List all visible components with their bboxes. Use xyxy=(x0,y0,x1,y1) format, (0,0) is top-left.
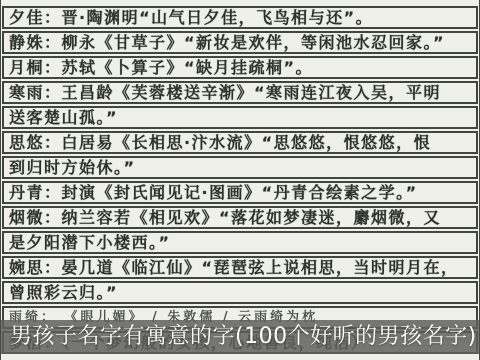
list-item: 曾照彩云归。” xyxy=(2,281,478,304)
list-item: 寒雨：王昌龄《芙蓉楼送辛渐》“寒雨连江夜入吴，平明 xyxy=(2,81,478,104)
list-item-text: 寒雨：王昌龄《芙蓉楼送辛渐》“寒雨连江夜入吴，平明 xyxy=(9,83,441,102)
list-item-text: 夕佳：晋·陶渊明“山气日夕佳，飞鸟相与还”。 xyxy=(9,8,373,27)
name-list: 夕佳：晋·陶渊明“山气日夕佳，飞鸟相与还”。 静姝：柳永《甘草子》“新妆是欢伴，… xyxy=(2,6,478,354)
list-item-text: 曾照彩云归。” xyxy=(9,283,118,302)
list-item: 婉思：晏几道《临江仙》“琵琶弦上说相思，当时明月在， xyxy=(2,256,478,279)
list-item-text: 到归时方始休。” xyxy=(9,158,136,177)
caption-bar: 男孩子名字有寓意的字(100个好听的男孩名字) xyxy=(0,320,480,354)
list-item: 丹青：封演《封氏闻见记·图画》“丹青合绘素之学。” xyxy=(2,181,478,204)
list-item-text: 静姝：柳永《甘草子》“新妆是欢伴，等闲池水忍回家。” xyxy=(9,33,445,52)
list-item: 是夕阳潜下小楼西。” xyxy=(2,231,478,254)
list-item: 思悠：白居易《长相思·汴水流》“思悠悠，恨悠悠，恨 xyxy=(2,131,478,154)
list-item: 夕佳：晋·陶渊明“山气日夕佳，飞鸟相与还”。 xyxy=(2,6,478,29)
list-item: 烟微：纳兰容若《相见欢》“落花如梦凄迷，麝烟微，又 xyxy=(2,206,478,229)
list-item-text: 婉思：晏几道《临江仙》“琵琶弦上说相思，当时明月在， xyxy=(9,258,459,277)
caption-text: 男孩子名字有寓意的字(100个好听的男孩名字) xyxy=(10,324,477,349)
list-item-text: 思悠：白居易《长相思·汴水流》“思悠悠，恨悠悠，恨 xyxy=(9,133,431,152)
list-item-text: 烟微：纳兰容若《相见欢》“落花如梦凄迷，麝烟微，又 xyxy=(9,208,441,227)
list-item-text: 月桐：苏轼《卜算子》“缺月挂疏桐”。 xyxy=(9,58,313,77)
list-item-text: 是夕阳潜下小楼西。” xyxy=(9,233,171,252)
list-item: 到归时方始休。” xyxy=(2,156,478,179)
list-item-text: 丹青：封演《封氏闻见记·图画》“丹青合绘素之学。” xyxy=(9,183,418,202)
list-item-text: 送客楚山孤。” xyxy=(9,108,118,127)
article-page: 夕佳：晋·陶渊明“山气日夕佳，飞鸟相与还”。 静姝：柳永《甘草子》“新妆是欢伴，… xyxy=(0,0,480,360)
list-item: 月桐：苏轼《卜算子》“缺月挂疏桐”。 xyxy=(2,56,478,79)
list-item: 静姝：柳永《甘草子》“新妆是欢伴，等闲池水忍回家。” xyxy=(2,31,478,54)
list-item: 送客楚山孤。” xyxy=(2,106,478,129)
